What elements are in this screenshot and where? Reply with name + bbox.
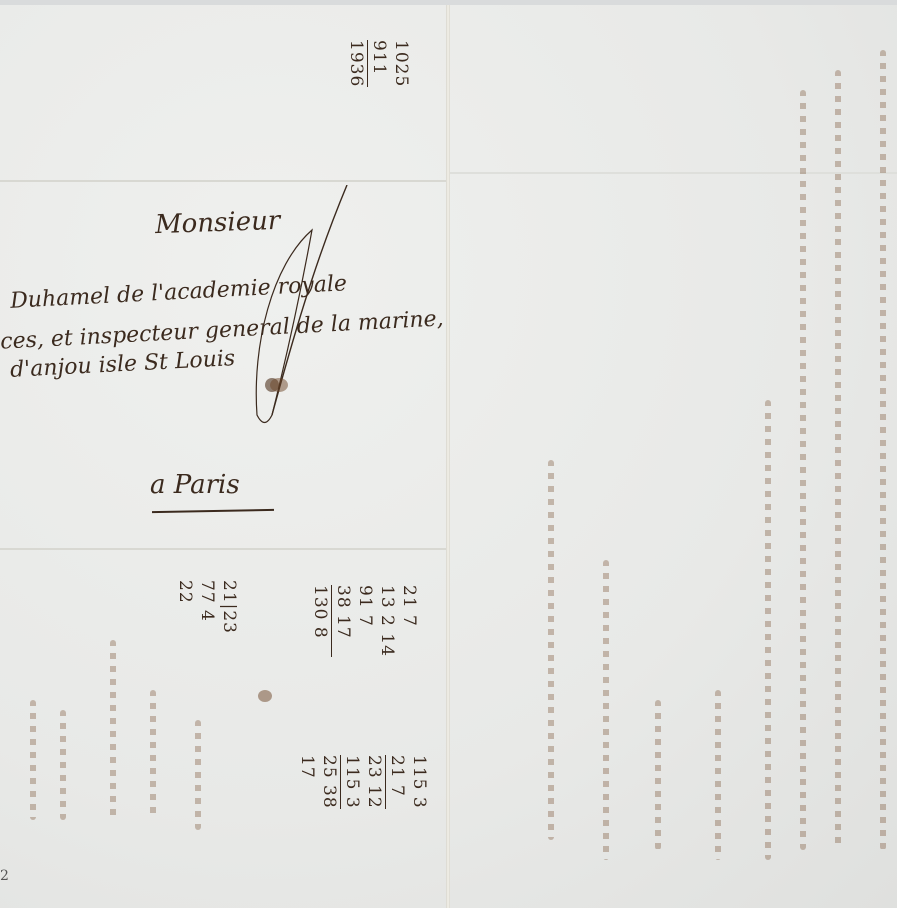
calculation-left: 21|23 77 4 22: [174, 580, 240, 634]
letter-photo: Monsieur Duhamel de l'academie royale ce…: [0, 0, 897, 908]
bleed-through-column: [835, 70, 841, 850]
quill-flourish: [232, 185, 352, 445]
horizontal-fold-lower: [0, 548, 446, 550]
calculation-middle: 21 7 13 2 14 91 7 38 17 130 8: [309, 585, 420, 657]
bleed-through-column: [603, 560, 609, 860]
corner-mark: 2: [0, 868, 9, 884]
bleed-through-column: [548, 460, 554, 840]
bleed-through-column: [30, 700, 36, 820]
horizontal-fold-right: [450, 172, 897, 174]
bleed-through-column: [60, 710, 66, 820]
calculation-top: 1025 911 1936: [345, 40, 412, 87]
bleed-through-column: [110, 640, 116, 820]
bleed-through-column: [655, 700, 661, 850]
destination-underline: [152, 509, 274, 513]
bleed-through-column: [765, 400, 771, 860]
bleed-through-column: [800, 90, 806, 850]
destination: a Paris: [150, 470, 240, 500]
bleed-through-column: [150, 690, 156, 820]
ink-blot: [258, 690, 272, 702]
bleed-through-column: [715, 690, 721, 860]
calculation-bottom: 115 3 21 7 23 12 115 3 25 38 17: [296, 755, 430, 809]
ink-blot: [270, 378, 288, 392]
vertical-fold: [446, 5, 450, 908]
bleed-through-column: [195, 720, 201, 830]
bleed-through-column: [880, 50, 886, 850]
horizontal-fold-upper: [0, 180, 446, 182]
